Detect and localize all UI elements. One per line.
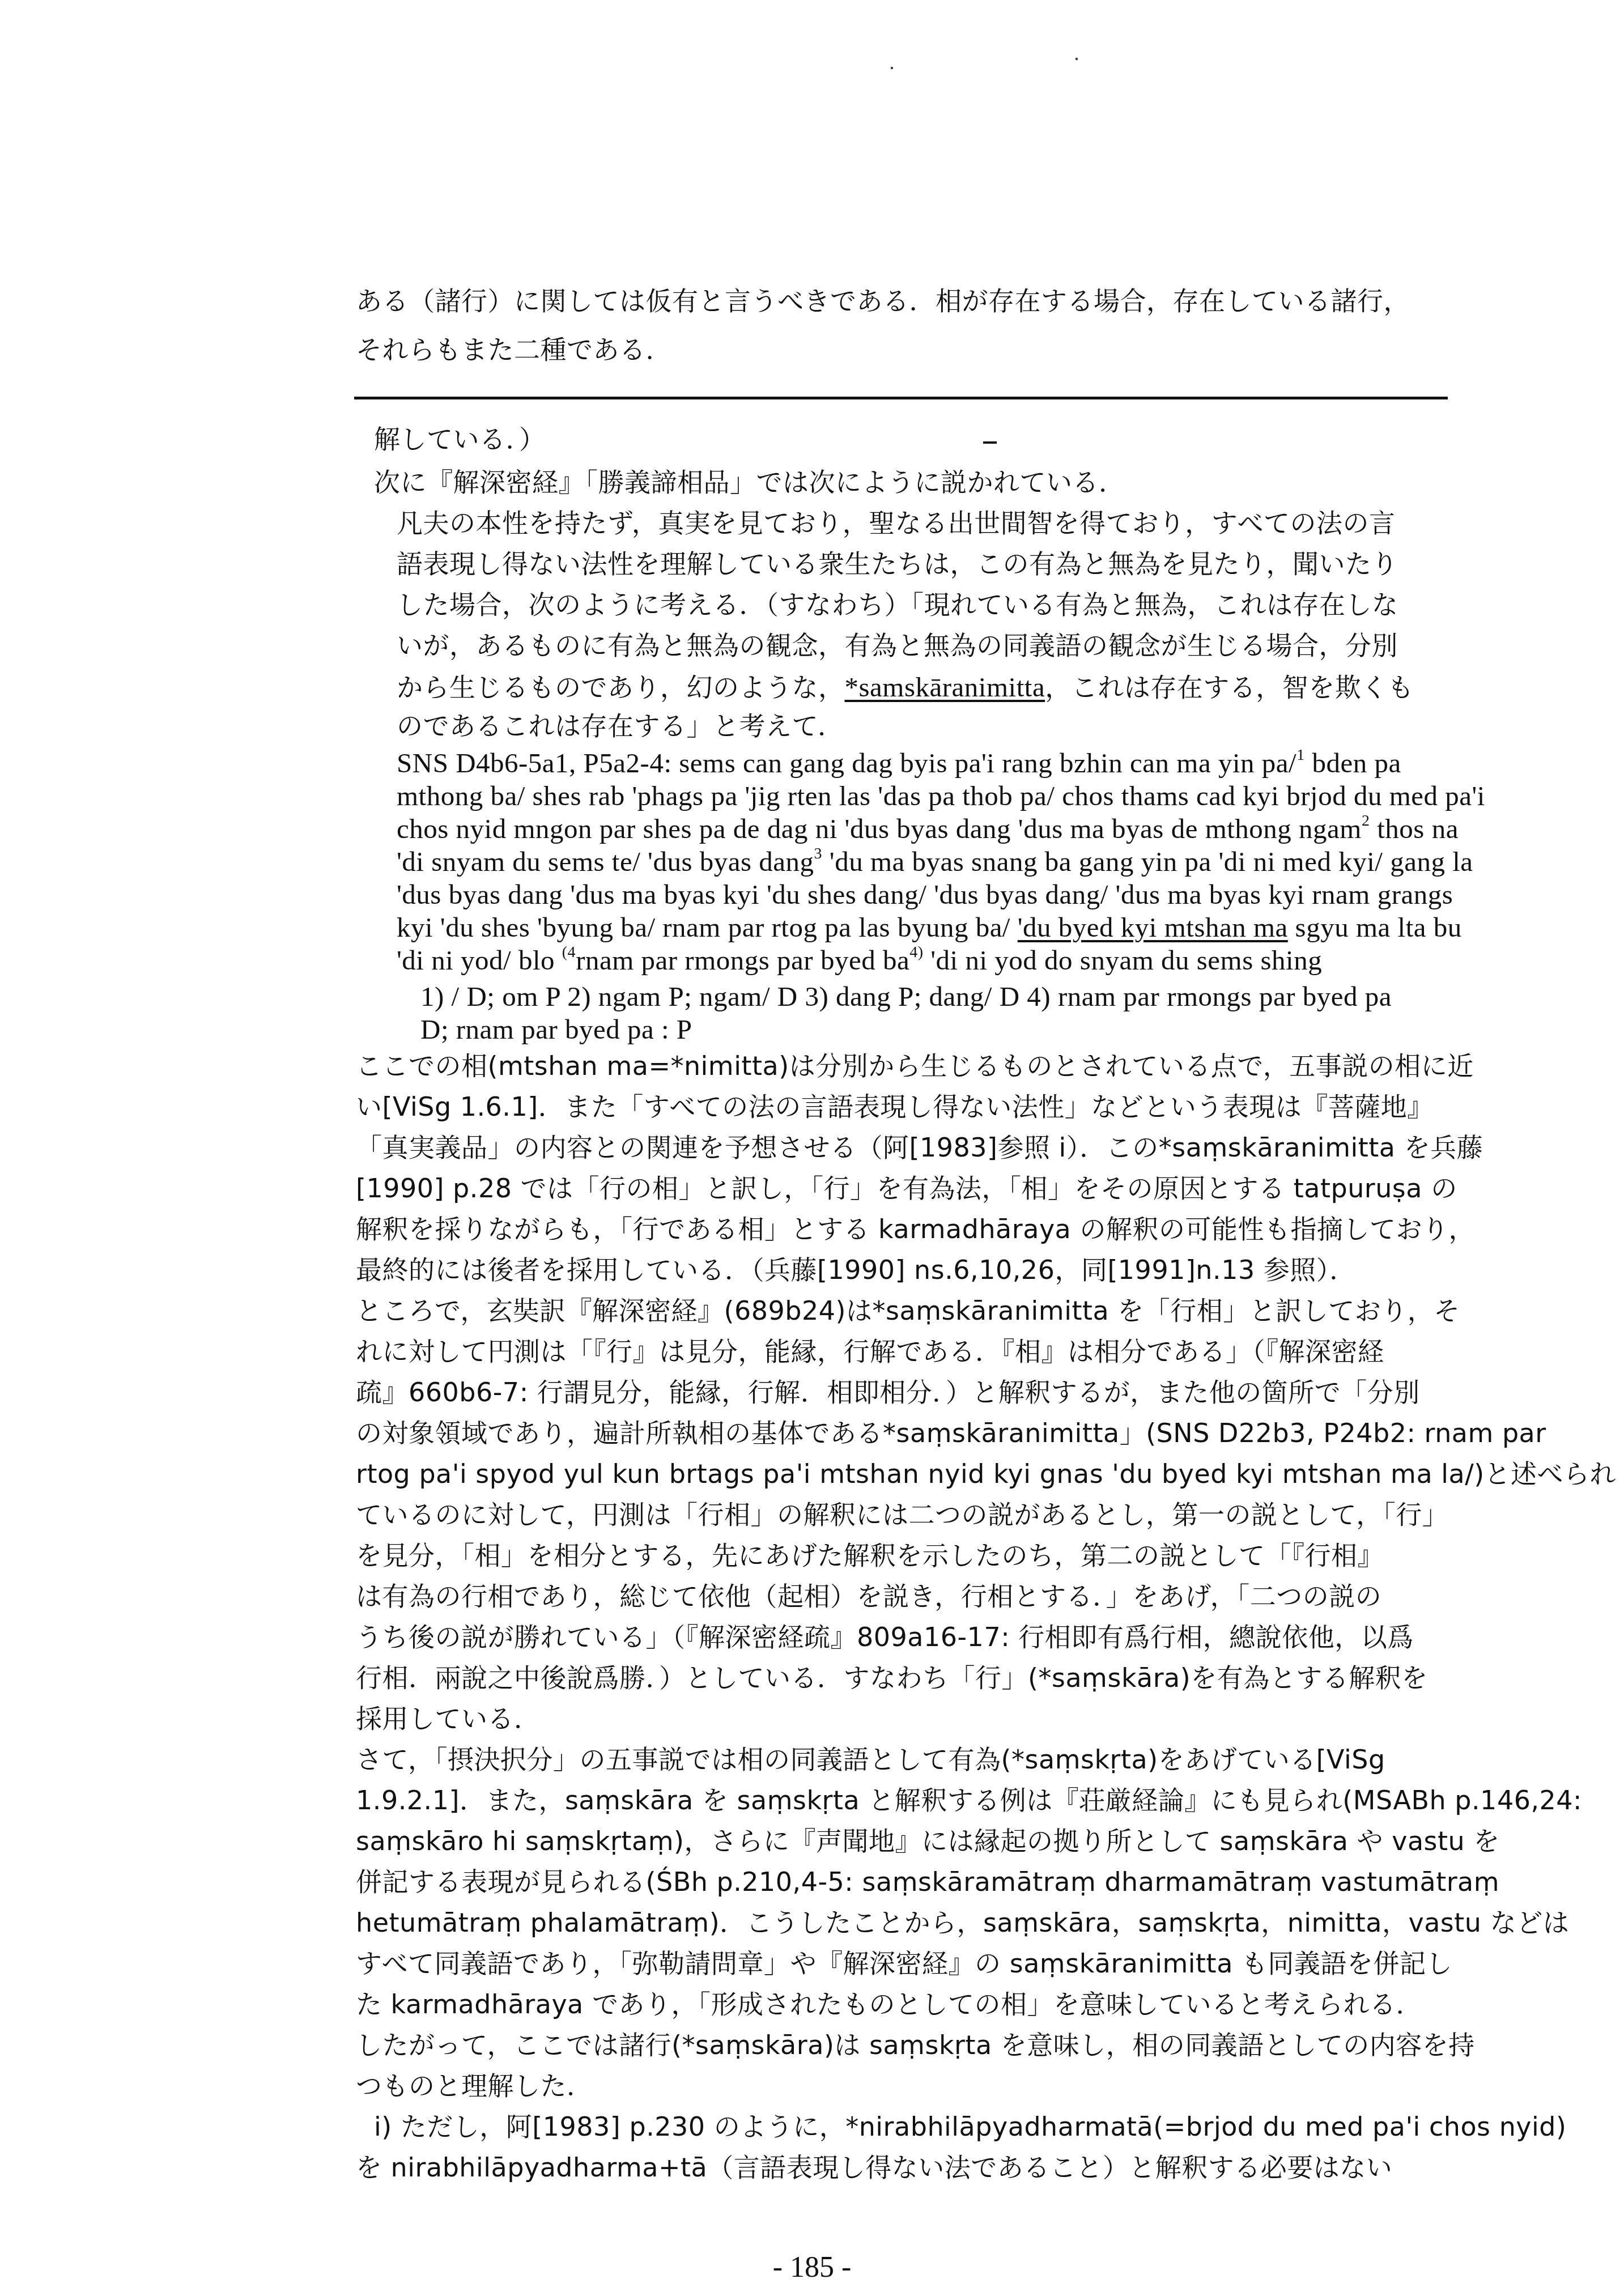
tibetan-line: chos nyid mngon par shes pa de dag ni 'd… [397,815,1459,843]
body-line: い[ViSg 1.6.1]．また「すべての法の言語表現し得ない法性」などという表… [356,1094,1434,1120]
text-segment: bden pa [1305,747,1401,779]
text-segment: 'di ni yod do snyam du sems shing [924,945,1323,976]
section-divider-rule [354,397,1448,399]
quote-translation-line: した場合，次のように考える．（すなわち）「現れている有為と無為，これは存在しな [397,592,1398,618]
text-segment: sgyu ma lta bu [1288,912,1462,943]
body-line: 「真実義品」の内容との関連を予想させる（阿[1983]参照 i）．この*saṃs… [356,1134,1483,1160]
endnote-line: i) ただし，阿[1983] p.230 のように，*nirabhilāpyad… [374,2114,1566,2140]
body-line: 疏』660b6-7: 行謂見分，能縁，行解．相即相分．）と解釈するが，また他の箇… [356,1379,1420,1405]
scan-speck [1075,58,1078,60]
body-line: うち後の説が勝れている」（『解深密経疏』809a16-17: 行相即有爲行相，總… [356,1624,1414,1650]
variant-marker: 1 [1296,746,1305,764]
body-line: た karmadhāraya であり，「形成されたものとしての相」を意味している… [356,1991,1422,2017]
body-line: ているのに対して，円測は「行相」の解釈には二つの説があるとし，第一の説として，「… [356,1502,1448,1528]
body-line: 採用している． [356,1706,541,1732]
variant-marker: (4 [562,943,576,961]
page-number: - 185 - [0,2251,1624,2284]
text-segment: から生じるものであり，幻のような， [397,672,845,703]
body-line: 行相．兩說之中後說爲勝．）としている．すなわち「行」(*saṃskāra)を有為… [356,1665,1428,1691]
body-line: 解釈を採りながらも，「行である相」とする karmadhāraya の解釈の可能… [356,1216,1475,1242]
body-line: れに対して円測は「『行』は見分，能縁，行解である．『相』は相分である」（『解深密… [356,1338,1384,1364]
body-line: さて，「摂決択分」の五事説では相の同義語として有為(*saṃskṛta)をあげて… [356,1746,1385,1772]
note-continuation: 解している．） [374,426,546,452]
body-line: 1.9.2.1]．また，saṃskāra を saṃskṛta と解釈する例は『… [356,1787,1582,1813]
body-line: それらもまた二種である． [356,337,672,363]
text-segment: ，これは存在する，智を欺くも [1045,672,1414,703]
quote-translation-line: いが，あるものに有為と無為の観念，有為と無為の同義語の観念が生じる場合，分別 [397,632,1398,658]
body-line: は有為の行相であり，総じて依他（起相）を説き，行相とする．」をあげ，「二つの説の [356,1583,1381,1609]
underlined-term: 'du byed kyi mtshan ma [1018,912,1288,943]
variant-readings-line: D; rnam par byed pa : P [420,1015,692,1043]
body-line: ある（諸行）に関しては仮有と言うべきである．相が存在する場合，存在している諸行， [356,288,1410,314]
underlined-term: *samskāranimitta [845,671,1045,703]
variant-marker: 2 [1362,812,1370,830]
stray-dash-mark [983,441,997,444]
quote-translation-line: のであるこれは存在する」と考えて． [397,713,844,739]
text-segment: chos nyid mngon par shes pa de dag ni 'd… [397,813,1362,844]
text-segment: rnam par rmongs par byed ba [576,945,909,976]
endnote-line: を nirabhilāpyadharma+tā（言語表現し得ない法であること）と… [356,2154,1392,2180]
body-line: [1990] p.28 では「行の相」と訳し，「行」を有為法，「相」をその原因と… [356,1175,1457,1201]
text-segment: 'du ma byas snang ba gang yin pa 'di ni … [822,846,1473,877]
text-segment: SNS D4b6-5a1, P5a2-4: sems can gang dag … [397,747,1296,779]
tibetan-line: 'di ni yod/ blo (4rnam par rmongs par by… [397,946,1322,974]
body-line: 最終的には後者を採用している．（兵藤[1990] ns.6,10,26，同[19… [356,1257,1356,1283]
text-segment: thos na [1370,813,1459,844]
body-line: 併記する表現が見られる(ŚBh p.210,4-5: saṃskāramātra… [356,1869,1499,1895]
body-line: を見分，「相」を相分とする，先にあげた解釈を示したのち，第二の説として「『行相』 [356,1542,1384,1568]
variant-readings-line: 1) / D; om P 2) ngam P; ngam/ D 3) dang … [420,983,1392,1010]
body-line: すべて同義語であり，「弥勒請問章」や『解深密経』の saṃskāranimitt… [356,1950,1452,1976]
variant-marker: 3 [814,845,823,862]
text-segment: 'di snyam du sems te/ 'dus byas dang [397,846,814,877]
scan-speck [891,67,893,69]
tibetan-line: 'di snyam du sems te/ 'dus byas dang3 'd… [397,848,1473,875]
body-line: の対象領域であり，遍計所執相の基体である*saṃskāranimitta」(SN… [356,1420,1546,1446]
text-segment: 'di ni yod/ blo [397,945,562,976]
body-line: saṃskāro hi saṃskṛtaṃ)，さらに『声聞地』には縁起の拠り所と… [356,1828,1500,1854]
body-line: つものと理解した． [356,2073,593,2099]
note-intro: 次に『解深密経』「勝義諦相品」では次にように説かれている． [374,469,1125,495]
tibetan-line: mthong ba/ shes rab 'phags pa 'jig rten … [397,782,1485,810]
body-line: ところで，玄奘訳『解深密経』(689b24)は*saṃskāranimitta … [356,1298,1460,1324]
body-line: したがって，ここでは諸行(*saṃskāra)は saṃskṛta を意味し，相… [356,2032,1475,2058]
body-line: hetumātraṃ phalamātraṃ)．こうしたことから，saṃskār… [356,1910,1569,1936]
document-page: ある（諸行）に関しては仮有と言うべきである．相が存在する場合，存在している諸行，… [0,0,1624,2296]
tibetan-line: kyi 'du shes 'byung ba/ rnam par rtog pa… [397,913,1462,941]
quote-translation-line: から生じるものであり，幻のような，*samskāranimitta，これは存在す… [397,673,1414,701]
quote-translation-line: 凡夫の本性を持たず，真実を見ており，聖なる出世間智を得ており，すべての法の言 [397,510,1395,536]
body-line: ここでの相(mtshan ma=*nimitta)は分別から生じるものとされてい… [356,1053,1474,1079]
variant-marker: 4) [909,943,923,961]
tibetan-line: SNS D4b6-5a1, P5a2-4: sems can gang dag … [397,749,1401,777]
body-line: rtog pa'i spyod yul kun brtags pa'i mtsh… [356,1461,1616,1487]
text-segment: kyi 'du shes 'byung ba/ rnam par rtog pa… [397,912,1018,943]
tibetan-line: 'dus byas dang 'dus ma byas kyi 'du shes… [397,881,1453,908]
quote-translation-line: 語表現し得ない法性を理解している衆生たちは，この有為と無為を見たり，聞いたり [397,551,1398,577]
